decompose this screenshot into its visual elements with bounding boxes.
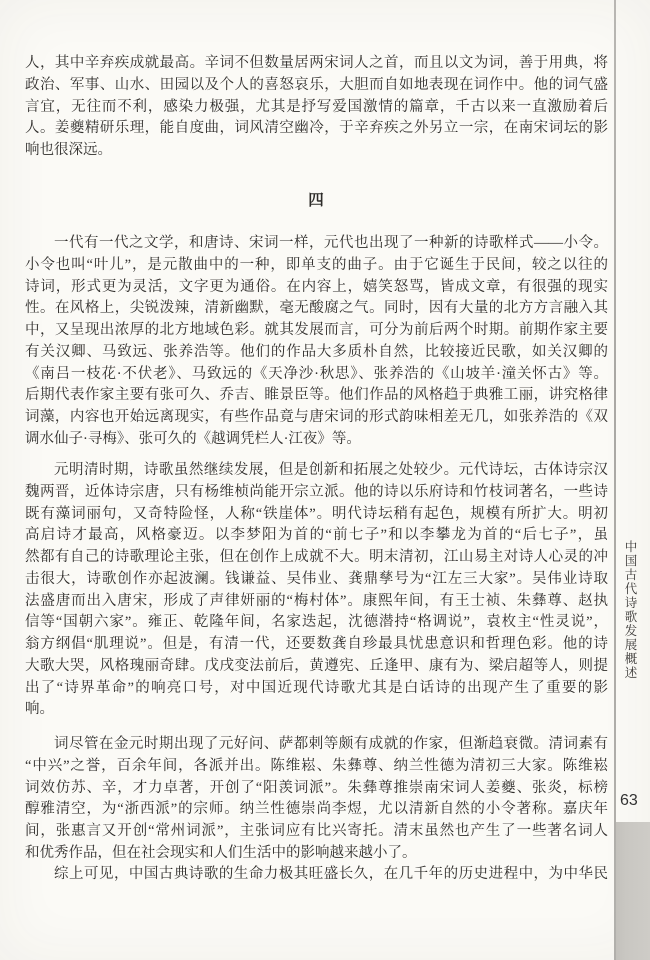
text-line: 大歌大哭，风格瑰丽奇肆。戊戌变法前后，黄遵宪、丘逢甲、康有为、梁启超等人，则提 xyxy=(25,656,608,678)
text-line: 后期代表作家主要有张可久、乔吉、睢景臣等。他们作品的风格趋于典雅工丽，讲究格律 xyxy=(25,385,608,407)
text-line: 然都有自己的诗歌理论主张，但在创作上成就不大。明末清初，江山易主对诗人心灵的冲 xyxy=(25,547,608,569)
text-line: 政治、军事、山水、田园以及个人的喜怒哀乐，大胆而自如地表现在词作中。他的词气盛 xyxy=(25,75,608,97)
chapter-margin-title: 中国古代诗歌发展概述 xyxy=(621,540,639,690)
text-line: 中，又呈现出浓厚的北方地域色彩。就其发展而言，可分为前后两个时期。前期作家主要 xyxy=(25,320,608,342)
paragraph: 元明清时期，诗歌虽然继续发展，但是创新和拓展之处较少。元代诗坛，古体诗宗汉魏两晋… xyxy=(25,460,608,721)
text-line: 元明清时期，诗歌虽然继续发展，但是创新和拓展之处较少。元代诗坛，古体诗宗汉 xyxy=(25,460,608,482)
text-line: 出了“诗界革命”的响亮口号，对中国近现代诗歌尤其是白话诗的出现产生了重要的影 xyxy=(25,678,608,700)
text-line: 醇雅清空，为“浙西派”的宗师。纳兰性德崇尚李煜，尤以清新自然的小令著称。嘉庆年 xyxy=(25,799,608,821)
text-line: 魏两晋，近体诗宗唐，只有杨维桢尚能开宗立派。他的诗以乐府诗和竹枝词著名，一些诗 xyxy=(25,482,608,504)
page-number: 63 xyxy=(620,792,646,810)
text-line: 调水仙子·寻梅》、张可久的《越调凭栏人·江夜》等。 xyxy=(25,429,608,451)
text-line: 间，张惠言又开创“常州词派”，主张词应有比兴寄托。清末虽然也产生了一些著名词人 xyxy=(25,821,608,843)
paragraph: 人，其中辛弃疾成就最高。辛词不但数量居两宋词人之首，而且以文为词，善于用典，将政… xyxy=(25,53,608,162)
text-line: 诗词，形式更为灵活，文字更为通俗。在内容上，嬉笑怒骂，皆成文章，有很强的现实 xyxy=(25,277,608,299)
text-line: 词尽管在金元时期出现了元好问、萨都剌等颇有成就的作家，但渐趋衰微。清词素有 xyxy=(25,734,608,756)
text-line: 响也很深远。 xyxy=(25,140,608,162)
text-line: 言宜，无往而不利，感染力极强，尤其是抒写爱国激情的篇章，千古以来一直激励着后 xyxy=(25,97,608,119)
page-edge-gray-block xyxy=(616,822,650,960)
text-line: 综上可见，中国古典诗歌的生命力极其旺盛长久，在几千年的历史进程中，为中华民 xyxy=(25,864,608,886)
book-page: 人，其中辛弃疾成就最高。辛词不但数量居两宋词人之首，而且以文为词，善于用典，将政… xyxy=(0,0,650,960)
text-line: 人，其中辛弃疾成就最高。辛词不但数量居两宋词人之首，而且以文为词，善于用典，将 xyxy=(25,53,608,75)
text-line: 高启诗才最高，风格豪迈。以李梦阳为首的“前七子”和以李攀龙为首的“后七子”，虽 xyxy=(25,525,608,547)
text-area: 人，其中辛弃疾成就最高。辛词不但数量居两宋词人之首，而且以文为词，善于用典，将政… xyxy=(25,0,608,960)
text-line: 性。在风格上，尖锐泼辣，清新幽默，毫无酸腐之气。同时，因有大量的北方方言融入其 xyxy=(25,298,608,320)
text-line: 有关汉卿、马致远、张养浩等。他们的作品大多质朴自然，比较接近民歌，如关汉卿的 xyxy=(25,342,608,364)
text-line: 词效仿苏、辛，才力卓著，开创了“阳羡词派”。朱彝尊推崇南宋词人姜夔、张炎，标榜 xyxy=(25,778,608,800)
paragraph: 词尽管在金元时期出现了元好问、萨都剌等颇有成就的作家，但渐趋衰微。清词素有“中兴… xyxy=(25,734,608,865)
text-line: 响。 xyxy=(25,699,608,721)
text-line: 和优秀作品，但在社会现实和人们生活中的影响越来越小了。 xyxy=(25,843,608,865)
text-line: 击很大，诗歌创作亦起波澜。钱谦益、吴伟业、龚鼎孳号为“江左三大家”。吴伟业诗取 xyxy=(25,569,608,591)
text-line: 翁方纲倡“肌理说”。但是，有清一代，还要数龚自珍最具忧患意识和哲理色彩。他的诗 xyxy=(25,634,608,656)
text-line: 人。姜夔精研乐理，能自度曲，词风清空幽冷，于辛弃疾之外另立一宗，在南宋词坛的影 xyxy=(25,118,608,140)
paragraph: 一代有一代之文学，和唐诗、宋词一样，元代也出现了一种新的诗歌样式——小令。小令也… xyxy=(25,233,608,451)
text-line: “中兴”之誉，百余年间，各派并出。陈维崧、朱彝尊、纳兰性德为清初三大家。陈维崧 xyxy=(25,756,608,778)
text-line: 《南吕一枝花·不伏老》、马致远的《天净沙·秋思》、张养浩的《山坡羊·潼关怀古》等… xyxy=(25,364,608,386)
paragraph: 综上可见，中国古典诗歌的生命力极其旺盛长久，在几千年的历史进程中，为中华民 xyxy=(25,864,608,886)
margin-divider-line xyxy=(614,0,616,960)
text-line: 词藻，内容也开始远离现实，有些作品竟与唐宋词的形式韵味相差无几，如张养浩的《双 xyxy=(25,407,608,429)
text-line: 小令也叫“叶儿”，是元散曲中的一种，即单支的曲子。由于它诞生于民间，较之以往的 xyxy=(25,255,608,277)
text-line: 信等“国朝六家”。雍正、乾隆年间，名家迭起，沈德潜持“格调说”，袁枚主“性灵说”… xyxy=(25,612,608,634)
section-heading: 四 xyxy=(25,190,608,212)
text-line: 法盛唐而出入唐宋，形成了声律妍丽的“梅村体”。康熙年间，有王士祯、朱彝尊、赵执 xyxy=(25,591,608,613)
text-line: 一代有一代之文学，和唐诗、宋词一样，元代也出现了一种新的诗歌样式——小令。 xyxy=(25,233,608,255)
text-line: 既有藻词丽句，又奇特险怪，人称“铁崖体”。明代诗坛稍有起色，规模有所扩大。明初 xyxy=(25,504,608,526)
